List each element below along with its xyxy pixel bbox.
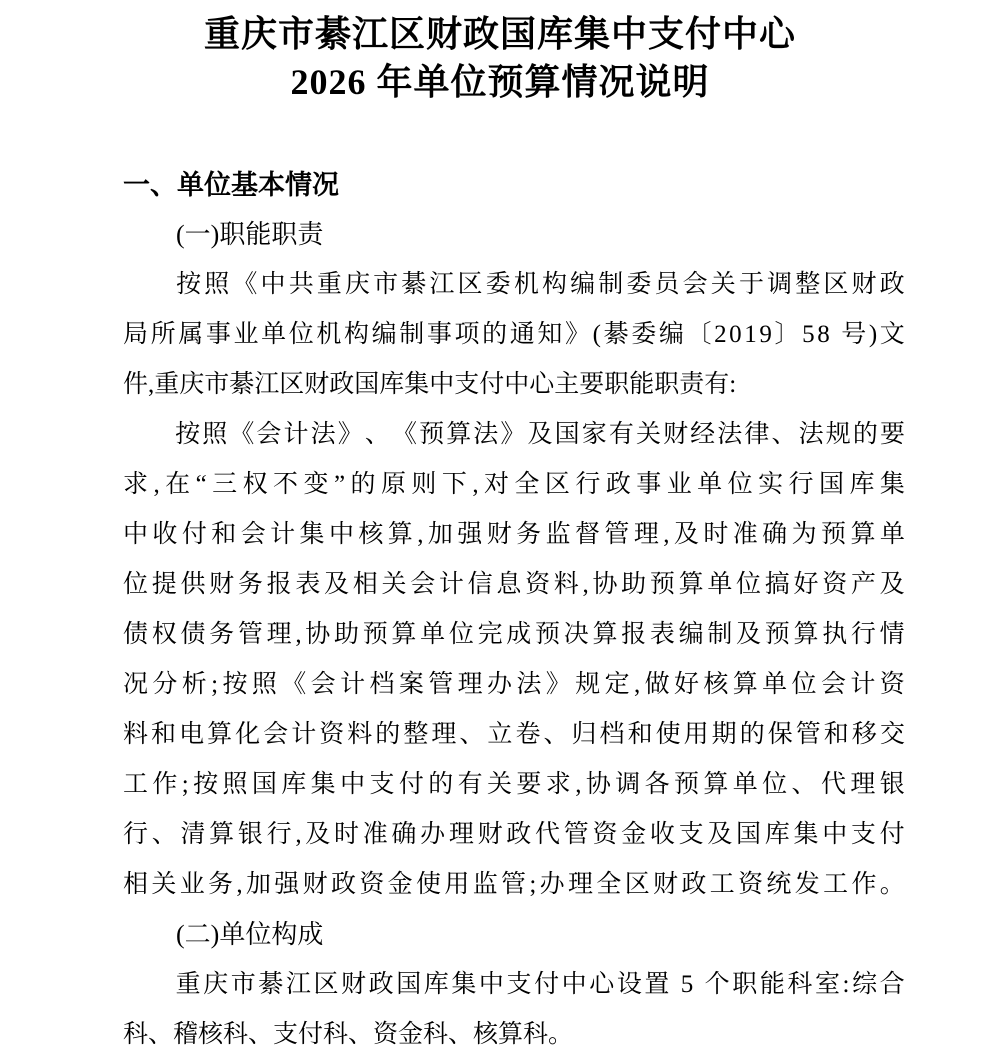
subsection-heading-unit-composition: (二)单位构成 [123,910,905,960]
document-title: 重庆市綦江区财政国库集中支付中心 2026 年单位预算情况说明 [0,10,1000,106]
para2-line-1: 按照《会计法》、《预算法》及国家有关财经法律、法规的要 [123,410,905,460]
para2-line-8: 工作;按照国库集中支付的有关要求,协调各预算单位、代理银 [123,760,905,810]
document-body: 一、单位基本情况 (一)职能职责 按照《中共重庆市綦江区委机构编制委员会关于调整… [123,160,905,1060]
para1-line-1: 按照《中共重庆市綦江区委机构编制委员会关于调整区财政 [123,260,905,310]
page-title-line-1: 重庆市綦江区财政国库集中支付中心 [0,10,1000,58]
para2-line-2: 求,在“三权不变”的原则下,对全区行政事业单位实行国库集 [123,460,905,510]
section-heading-unit-basic-info: 一、单位基本情况 [123,160,905,210]
document-page: 重庆市綦江区财政国库集中支付中心 2026 年单位预算情况说明 一、单位基本情况… [0,0,1000,1063]
para2-line-4: 位提供财务报表及相关会计信息资料,协助预算单位搞好资产及 [123,560,905,610]
para3-line-1: 重庆市綦江区财政国库集中支付中心设置 5 个职能科室:综合 [123,960,905,1010]
subsection-heading-duties: (一)职能职责 [123,210,905,260]
para2-line-3: 中收付和会计集中核算,加强财务监督管理,及时准确为预算单 [123,510,905,560]
page-title-line-2: 2026 年单位预算情况说明 [0,58,1000,106]
para1-line-3: 件,重庆市綦江区财政国库集中支付中心主要职能职责有: [123,360,905,410]
para2-line-7: 料和电算化会计资料的整理、立卷、归档和使用期的保管和移交 [123,710,905,760]
para3-line-2: 科、稽核科、支付科、资金科、核算科。 [123,1010,905,1060]
para1-line-2: 局所属事业单位机构编制事项的通知》(綦委编〔2019〕58 号)文 [123,310,905,360]
para2-line-5: 债权债务管理,协助预算单位完成预决算报表编制及预算执行情 [123,610,905,660]
para2-line-9: 行、清算银行,及时准确办理财政代管资金收支及国库集中支付 [123,810,905,860]
para2-line-6: 况分析;按照《会计档案管理办法》规定,做好核算单位会计资 [123,660,905,710]
para2-line-10: 相关业务,加强财政资金使用监管;办理全区财政工资统发工作。 [123,860,905,910]
